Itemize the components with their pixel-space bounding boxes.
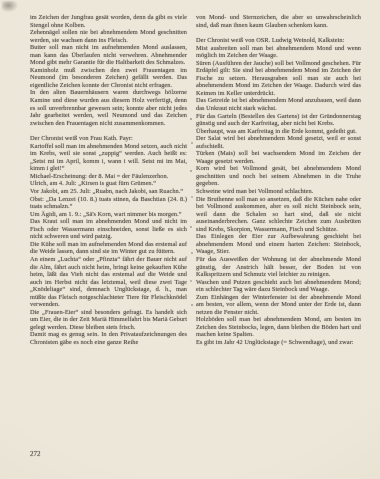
paragraph: In den alten Bauernhäusern waren durchwe…: [30, 89, 187, 127]
scanned-book-page: im Zeichen der Jungfrau gesät worden, de…: [0, 0, 380, 479]
paragraph: Das Kraut soll man im abnehmenden Mond u…: [30, 218, 187, 241]
paragraph: Zehennägel sollen nie bei abnehmendem Mo…: [30, 29, 187, 44]
paragraph: Die Kühe soll man im aufnehmenden Mond d…: [30, 241, 187, 256]
paragraph: Kartoffel soll man im abnehmenden Mond s…: [30, 143, 187, 173]
paragraph: Der Chronist weiß von OSR. Ludwig Weinol…: [196, 37, 361, 45]
paragraph: Damit mag es genug sein. In den Privatau…: [30, 331, 187, 346]
paragraph: Der Salat wird bei abnehmendem Mond gese…: [196, 135, 361, 150]
paragraph: Süren (Ausführen der Jauche) soll bei Vo…: [196, 60, 361, 98]
paragraph: Schweine wird man bei Vollmond schlachte…: [196, 188, 361, 196]
paragraph: Zum Einhängen der Winterfenster ist der …: [196, 294, 361, 317]
paragraph: Überhaupt, was am Karfreitag in die Erde…: [196, 128, 361, 136]
page-number: 272: [30, 450, 41, 458]
paragraph: Holzböden soll man bei abnehmendem Mond,…: [196, 316, 361, 339]
paragraph: Für das Garteln (Bestellen des Gartens) …: [196, 113, 361, 128]
paragraph: Waschen und Putzen geschieht auch bei ab…: [196, 279, 361, 294]
paragraph: Für das Ausweißen der Wohnung ist der ab…: [196, 256, 361, 279]
paragraph: Die „Frauen-Eier“ sind besonders gefragt…: [30, 309, 187, 332]
paragraph: Butter soll man nicht im aufnehmenden Mo…: [30, 44, 187, 67]
paragraph: Korn wird bei Vollmond gesät, bei abnehm…: [196, 165, 361, 188]
paragraph: Das Getreide ist bei abnehmendem Mond an…: [196, 97, 361, 112]
paragraph: Der Chronist weiß von Frau Kath. Payr:: [30, 135, 187, 143]
paragraph: Ulrich, am 4. Juli: „Kirsen is guat fürn…: [30, 180, 187, 188]
right-text-column: von Mond- und Sternzeichen, die aber so …: [196, 14, 361, 347]
paragraph: Das Einlegen der Eier zur Aufbewahrung g…: [196, 233, 361, 256]
paragraph: Die Bruthenne soll man so ansetzen, daß …: [196, 196, 361, 234]
paragraph: An einem „Luchta“ oder „Pfinzta“ fährt d…: [30, 256, 187, 309]
paragraph: im Zeichen der Jungfrau gesät worden, de…: [30, 14, 187, 29]
paragraph: Obst: „Da Lenzei (10. 8.) tuats stinen, …: [30, 196, 187, 211]
left-text-column: im Zeichen der Jungfrau gesät worden, de…: [30, 14, 187, 347]
paragraph: Um Ägidi, am 1. 9.: „Sä's Korn, wart nim…: [30, 211, 187, 219]
paragraph: Türken (Mais) soll bei wachsendem Mond i…: [196, 150, 361, 165]
paragraph: Kaminholz muß zwischen den zwei Frauenta…: [30, 67, 187, 90]
paragraph: Mist ausbreiten soll man bei abnehmendem…: [196, 45, 361, 60]
paragraph: von Mond- und Sternzeichen, die aber so …: [196, 14, 361, 29]
scan-specks: [190, 118, 192, 120]
scan-smudge: [2, 1, 18, 12]
paragraph: Vor Jakobi, am 25. Juli: „Ruabn, nach Ja…: [30, 188, 187, 196]
paragraph: Es gibt im Jahr 42 Unglückstage (= Schwe…: [196, 339, 361, 347]
